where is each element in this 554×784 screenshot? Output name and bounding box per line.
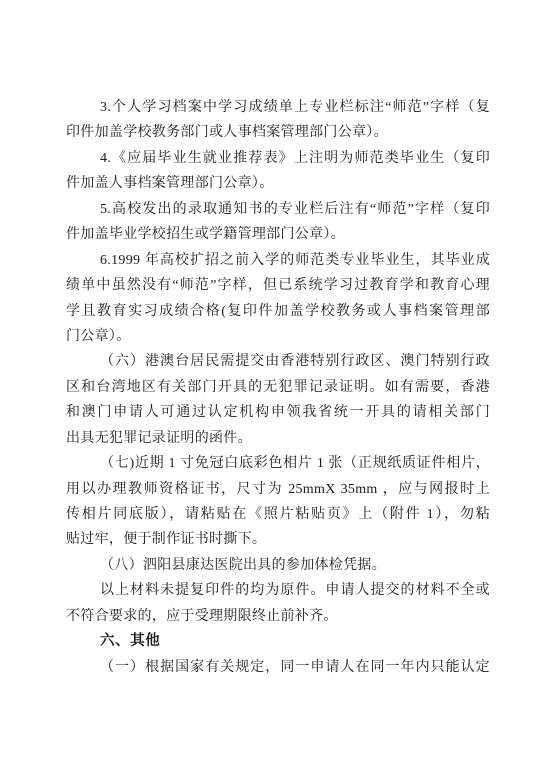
section-heading: 六、其他	[66, 629, 490, 654]
text-line: 和澳门申请人可通过认定机构申领我省统一开具的请相关部门	[66, 400, 490, 425]
text-line: （八）泗阳县康达医院出具的参加体检凭据。	[66, 553, 490, 578]
text-line: 不符合要求的，应于受理期限终止前补齐。	[66, 604, 490, 629]
text-line: 贴过牢，便于制作证书时撕下。	[66, 527, 490, 552]
text-line: 出具无犯罪记录证明的函件。	[66, 426, 490, 451]
text-line: 学且教育实习成绩合格(复印件加盖学校教务或人事档案管理部	[66, 299, 490, 324]
text-line: 件加盖毕业学校招生或学籍管理部门公章）。	[66, 222, 490, 247]
text-line: 6.1999 年高校扩招之前入学的师范类专业毕业生，其毕业成	[66, 248, 490, 273]
document-page: 3.个人学习档案中学习成绩单上专业栏标注“师范”字样（复印件加盖学校教务部门或人…	[0, 0, 554, 784]
text-line: 门公章）。	[66, 324, 490, 349]
text-line: 传相片同底版），请粘贴在《照片粘贴页》上（附件 1），勿粘	[66, 502, 490, 527]
text-line: 印件加盖学校教务部门或人事档案管理部门公章）。	[66, 120, 490, 145]
text-line: 4.《应届毕业生就业推荐表》上注明为师范类毕业生（复印	[66, 146, 490, 171]
text-line: 以上材料未提复印件的均为原件。申请人提交的材料不全或	[66, 578, 490, 603]
text-line: 用以办理教师资格证书，尺寸为 25mmX 35mm ，应与网报时上	[66, 477, 490, 502]
text-line: （六）港澳台居民需提交由香港特别行政区、澳门特别行政	[66, 349, 490, 374]
text-line: （七)近期 1 寸免冠白底彩色相片 1 张（正规纸质证件相片，	[66, 451, 490, 476]
document-body: 3.个人学习档案中学习成绩单上专业栏标注“师范”字样（复印件加盖学校教务部门或人…	[66, 95, 490, 680]
text-line: 绩单中虽然没有“师范”字样，但已系统学习过教育学和教育心理	[66, 273, 490, 298]
text-line: 区和台湾地区有关部门开具的无犯罪记录证明。如有需要，香港	[66, 375, 490, 400]
text-line: 5.高校发出的录取通知书的专业栏后注有“师范”字样（复印	[66, 197, 490, 222]
text-line: 3.个人学习档案中学习成绩单上专业栏标注“师范”字样（复	[66, 95, 490, 120]
text-line: 件加盖人事档案管理部门公章）。	[66, 171, 490, 196]
text-line: （一）根据国家有关规定，同一申请人在同一年内只能认定	[66, 655, 490, 680]
